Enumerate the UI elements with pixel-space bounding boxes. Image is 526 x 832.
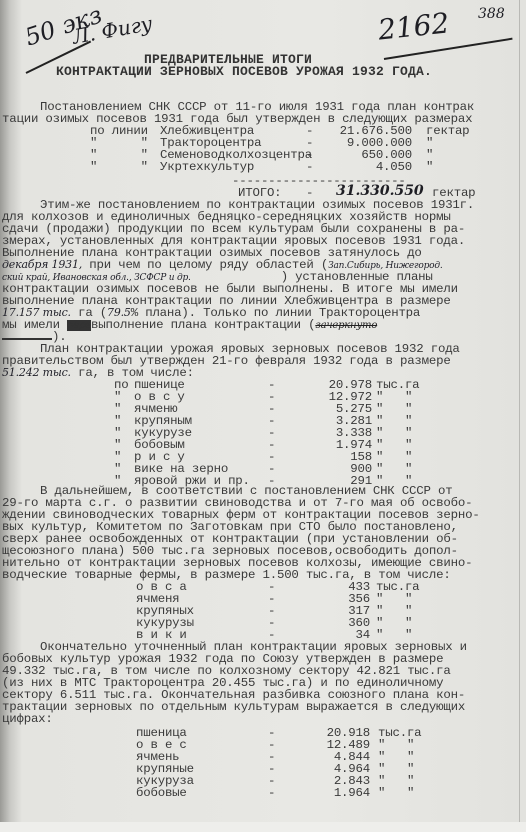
page-bottom-margin (0, 822, 526, 832)
final-plan-item-value: 1.964 (334, 787, 370, 799)
document-page: 50 экз Л. Фигу 2162 388 ПРЕДВАРИТЕЛЬНЫЕ … (0, 0, 526, 832)
handwritten-date: декабря 1931, (2, 258, 82, 271)
handwritten-plan-total: 51.242 тыс. (2, 366, 71, 379)
winter-plan-item-unit: " (426, 161, 433, 173)
winter-plan-item-value: 4.050 (376, 161, 412, 173)
struck-handwriting-2 (2, 332, 52, 340)
page-edge (519, 0, 520, 832)
title-line-2: КОНТРАКТАЦИИ ЗЕРНОВЫХ ПОСЕВОВ УРОЖАЯ 193… (56, 64, 432, 79)
winter-plan-item-name: Укртехкультур (160, 161, 254, 173)
total-value: 31.330.550 (336, 183, 424, 199)
winter-plan-item-dash: - (306, 161, 313, 173)
page-number: 388 (478, 6, 505, 22)
document-number: 2162 (376, 6, 450, 46)
final-plan-item-name: бобовые (136, 787, 187, 799)
para5-line-6: трактации зерновых по отдельным культура… (2, 701, 465, 713)
final-plan-item-unit: " " (378, 787, 414, 799)
para5-line-7: цифрах: (2, 713, 53, 725)
final-plan-item-dash: - (268, 787, 275, 799)
struck-handwriting: зачеркнуто (315, 320, 377, 331)
winter-plan-item-prefix: " " (90, 161, 148, 173)
struck-text: пере (67, 320, 91, 331)
